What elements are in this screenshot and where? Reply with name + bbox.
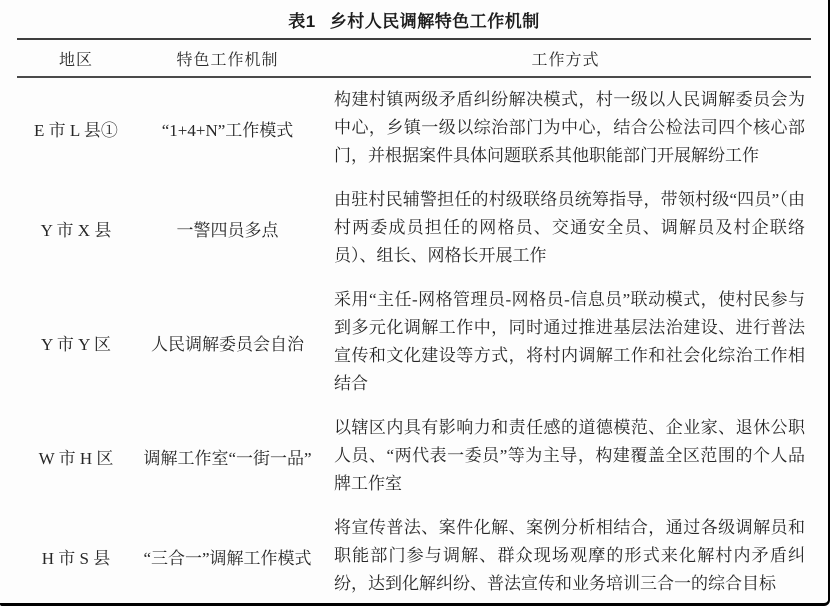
table-row: W 市 H 区 调解工作室“一街一品” 以辖区内具有影响力和责任感的道德模范、企… (17, 406, 811, 506)
mechanism-cell: 人民调解委员会自治 (135, 278, 320, 406)
mechanism-cell: 调解工作室“一街一品” (135, 406, 320, 506)
region-cell: Y 市 Y 区 (17, 278, 135, 406)
table-row: E 市 L 县① “1+4+N”工作模式 构建村镇两级矛盾纠纷解决模式，村一级以… (17, 77, 811, 178)
method-cell: 由驻村民辅警担任的村级联络员统筹指导，带领村级“四员”（由村两委成员担任的网格员… (320, 178, 811, 278)
table-title-text: 乡村人民调解特色工作机制 (330, 12, 540, 31)
region-cell: W 市 H 区 (17, 406, 135, 506)
method-cell: 构建村镇两级矛盾纠纷解决模式，村一级以人民调解委员会为中心，乡镇一级以综治部门为… (320, 77, 811, 178)
mechanism-cell: 一警四员多点 (135, 178, 320, 278)
header-region: 地区 (17, 39, 135, 77)
region-cell: Y 市 X 县 (17, 178, 135, 278)
region-cell: H 市 S 县 (17, 506, 135, 606)
method-cell: 以辖区内具有影响力和责任感的道德模范、企业家、退休公职人员、“两代表一委员”等为… (320, 406, 811, 506)
mechanism-cell: “三合一”调解工作模式 (135, 506, 320, 606)
header-method: 工作方式 (320, 39, 811, 77)
method-cell: 将宣传普法、案件化解、案例分析相结合，通过各级调解员和职能部门参与调解、群众现场… (320, 506, 811, 606)
table-header-row: 地区 特色工作机制 工作方式 (17, 39, 811, 77)
mechanism-cell: “1+4+N”工作模式 (135, 77, 320, 178)
table-number: 表1 (288, 12, 315, 31)
table-row: Y 市 Y 区 人民调解委员会自治 采用“主任-网格管理员-网格员-信息员”联动… (17, 278, 811, 406)
scanned-table-page: 表1乡村人民调解特色工作机制 地区 特色工作机制 工作方式 E 市 L 县① “… (0, 0, 830, 606)
method-cell: 采用“主任-网格管理员-网格员-信息员”联动模式，使村民参与到多元化调解工作中，… (320, 278, 811, 406)
table-title: 表1乡村人民调解特色工作机制 (0, 0, 828, 32)
table-row: Y 市 X 县 一警四员多点 由驻村民辅警担任的村级联络员统筹指导，带领村级“四… (17, 178, 811, 278)
region-cell: E 市 L 县① (17, 77, 135, 178)
mediation-mechanism-table: 地区 特色工作机制 工作方式 E 市 L 县① “1+4+N”工作模式 构建村镇… (17, 38, 811, 606)
header-mechanism: 特色工作机制 (135, 39, 320, 77)
table-row: H 市 S 县 “三合一”调解工作模式 将宣传普法、案件化解、案例分析相结合，通… (17, 506, 811, 606)
